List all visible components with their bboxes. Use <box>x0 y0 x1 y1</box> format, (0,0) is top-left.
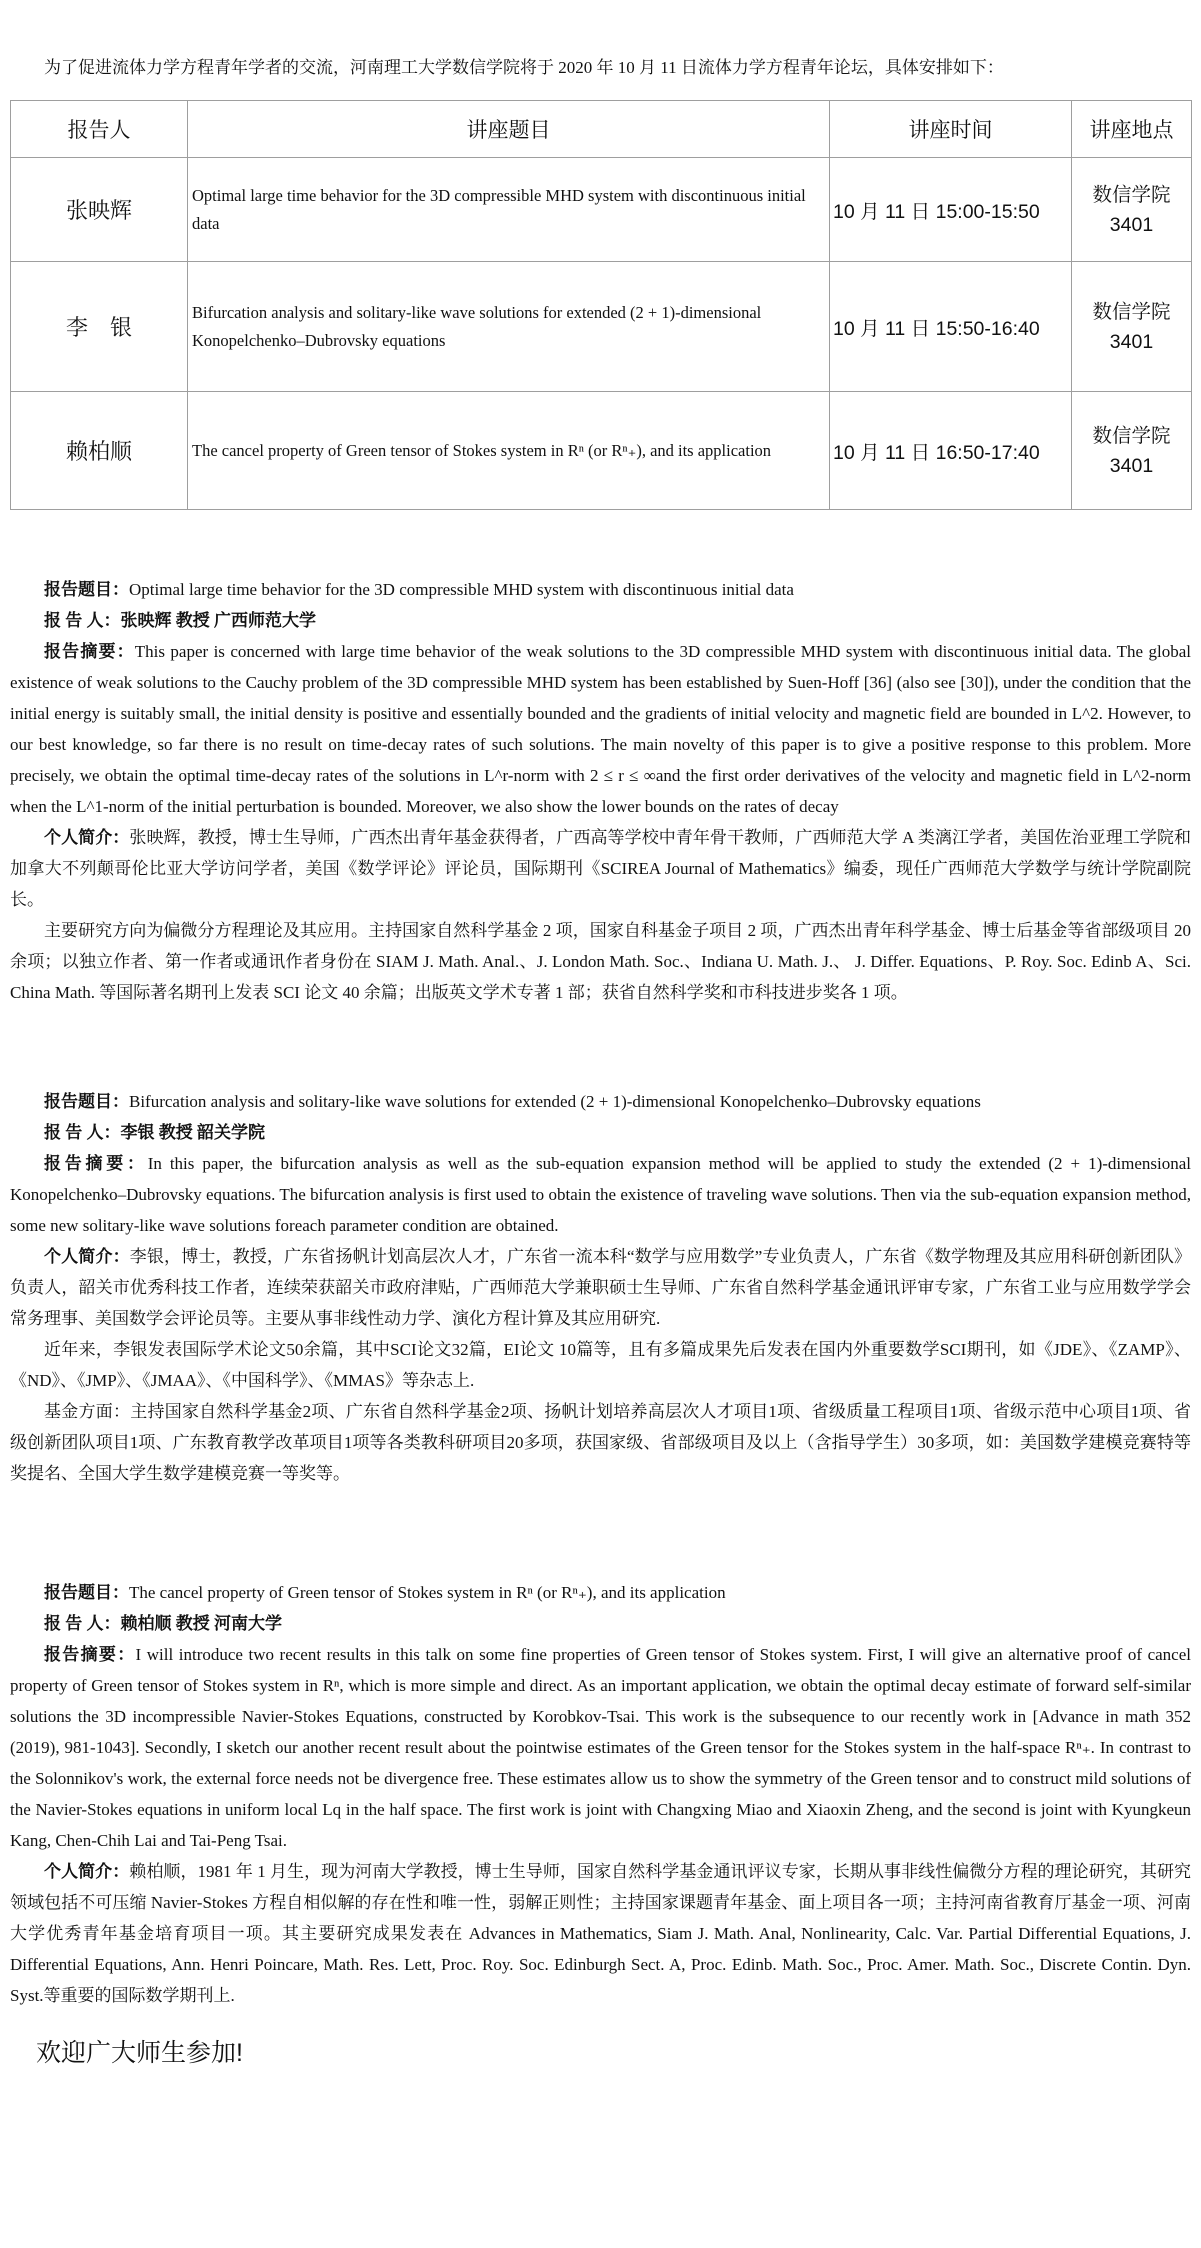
report-abstract-label: 报告摘要： <box>44 1645 136 1664</box>
report-section-2: 报告题目：Bifurcation analysis and solitary-l… <box>10 1086 1191 1489</box>
location-building: 数信学院 <box>1073 180 1190 210</box>
lecture-time: 10 月 11 日 16:50-17:40 <box>830 392 1072 510</box>
report-title-label: 报告题目： <box>44 580 129 599</box>
closing-line: 欢迎广大师生参加! <box>10 2033 1191 2149</box>
report-abstract-label: 报告摘要： <box>44 1154 148 1173</box>
report-bio-paragraph: 个人简介：李银，博士，教授，广东省扬帆计划高层次人才，广东省一流本科“数学与应用… <box>10 1241 1191 1334</box>
report-speaker-line: 报 告 人：李银 教授 韶关学院 <box>10 1117 1191 1148</box>
report-bio-text: 张映辉，教授，博士生导师，广西杰出青年基金获得者，广西高等学校中青年骨干教师，广… <box>10 828 1191 909</box>
report-bio-label: 个人简介： <box>44 1862 129 1881</box>
report-bio-label: 个人简介： <box>44 1247 130 1266</box>
location-room: 3401 <box>1073 327 1190 357</box>
lecture-title: The cancel property of Green tensor of S… <box>188 392 830 510</box>
report-title: Bifurcation analysis and solitary-like w… <box>129 1092 981 1111</box>
report-abstract-text: I will introduce two recent results in t… <box>10 1645 1191 1850</box>
report-bio-text: 李银，博士，教授，广东省扬帆计划高层次人才，广东省一流本科“数学与应用数学”专业… <box>10 1247 1191 1328</box>
report-title-label: 报告题目： <box>44 1583 129 1602</box>
report-abstract-text: In this paper, the bifurcation analysis … <box>10 1154 1191 1235</box>
report-abstract: 报告摘要：In this paper, the bifurcation anal… <box>10 1148 1191 1241</box>
report-title: The cancel property of Green tensor of S… <box>129 1583 726 1602</box>
report-section-3: 报告题目：The cancel property of Green tensor… <box>10 1577 1191 2011</box>
report-speaker-line: 报 告 人：赖柏顺 教授 河南大学 <box>10 1608 1191 1639</box>
lecture-location: 数信学院 3401 <box>1072 262 1192 392</box>
speaker-name: 李 银 <box>11 262 188 392</box>
report-abstract-label: 报告摘要： <box>44 642 135 661</box>
report-bio-paragraph: 近年来，李银发表国际学术论文50余篇，其中SCI论文32篇，EI论文 10篇等，… <box>10 1334 1191 1396</box>
report-speaker: 李银 教授 韶关学院 <box>121 1123 266 1142</box>
lecture-time: 10 月 11 日 15:00-15:50 <box>830 158 1072 262</box>
table-row: 李 银 Bifurcation analysis and solitary-li… <box>11 262 1192 392</box>
lecture-title: Bifurcation analysis and solitary-like w… <box>188 262 830 392</box>
report-bio-paragraph: 个人简介：张映辉，教授，博士生导师，广西杰出青年基金获得者，广西高等学校中青年骨… <box>10 822 1191 915</box>
header-speaker: 报告人 <box>11 101 188 158</box>
report-speaker-label: 报 告 人： <box>44 611 121 630</box>
lecture-title: Optimal large time behavior for the 3D c… <box>188 158 830 262</box>
report-speaker: 张映辉 教授 广西师范大学 <box>121 611 317 630</box>
report-speaker-label: 报 告 人： <box>44 1123 121 1142</box>
report-speaker-line: 报 告 人：张映辉 教授 广西师范大学 <box>10 605 1191 636</box>
report-speaker-label: 报 告 人： <box>44 1614 121 1633</box>
report-bio-paragraph: 主要研究方向为偏微分方程理论及其应用。主持国家自然科学基金 2 项，国家自科基金… <box>10 915 1191 1008</box>
location-building: 数信学院 <box>1073 297 1190 327</box>
report-abstract-text: This paper is concerned with large time … <box>10 642 1191 816</box>
location-room: 3401 <box>1073 210 1190 240</box>
table-row: 张映辉 Optimal large time behavior for the … <box>11 158 1192 262</box>
report-title: Optimal large time behavior for the 3D c… <box>129 580 794 599</box>
report-bio-label: 个人简介： <box>44 828 129 847</box>
location-room: 3401 <box>1073 451 1190 481</box>
lecture-time: 10 月 11 日 15:50-16:40 <box>830 262 1072 392</box>
table-row: 赖柏顺 The cancel property of Green tensor … <box>11 392 1192 510</box>
location-building: 数信学院 <box>1073 421 1190 451</box>
report-bio-text: 赖柏顺，1981 年 1 月生，现为河南大学教授，博士生导师，国家自然科学基金通… <box>10 1862 1191 2005</box>
page-root: 为了促进流体力学方程青年学者的交流，河南理工大学数信学院将于 2020 年 10… <box>0 0 1201 2248</box>
report-title-line: 报告题目：Bifurcation analysis and solitary-l… <box>10 1086 1191 1117</box>
schedule-table: 报告人 讲座题目 讲座时间 讲座地点 张映辉 Optimal large tim… <box>10 100 1192 510</box>
speaker-name: 张映辉 <box>11 158 188 262</box>
header-title: 讲座题目 <box>188 101 830 158</box>
header-location: 讲座地点 <box>1072 101 1192 158</box>
report-bio-paragraph: 个人简介：赖柏顺，1981 年 1 月生，现为河南大学教授，博士生导师，国家自然… <box>10 1856 1191 2011</box>
report-title-line: 报告题目：The cancel property of Green tensor… <box>10 1577 1191 1608</box>
report-speaker: 赖柏顺 教授 河南大学 <box>121 1614 283 1633</box>
table-header-row: 报告人 讲座题目 讲座时间 讲座地点 <box>11 101 1192 158</box>
report-section-1: 报告题目：Optimal large time behavior for the… <box>10 574 1191 1008</box>
report-abstract: 报告摘要：This paper is concerned with large … <box>10 636 1191 822</box>
report-bio-paragraph: 基金方面：主持国家自然科学基金2项、广东省自然科学基金2项、扬帆计划培养高层次人… <box>10 1396 1191 1489</box>
header-time: 讲座时间 <box>830 101 1072 158</box>
report-abstract: 报告摘要：I will introduce two recent results… <box>10 1639 1191 1856</box>
report-title-label: 报告题目： <box>44 1092 129 1111</box>
lecture-location: 数信学院 3401 <box>1072 158 1192 262</box>
report-title-line: 报告题目：Optimal large time behavior for the… <box>10 574 1191 605</box>
intro-paragraph: 为了促进流体力学方程青年学者的交流，河南理工大学数信学院将于 2020 年 10… <box>10 52 1191 83</box>
lecture-location: 数信学院 3401 <box>1072 392 1192 510</box>
document-body: 为了促进流体力学方程青年学者的交流，河南理工大学数信学院将于 2020 年 10… <box>10 52 1191 2011</box>
speaker-name: 赖柏顺 <box>11 392 188 510</box>
